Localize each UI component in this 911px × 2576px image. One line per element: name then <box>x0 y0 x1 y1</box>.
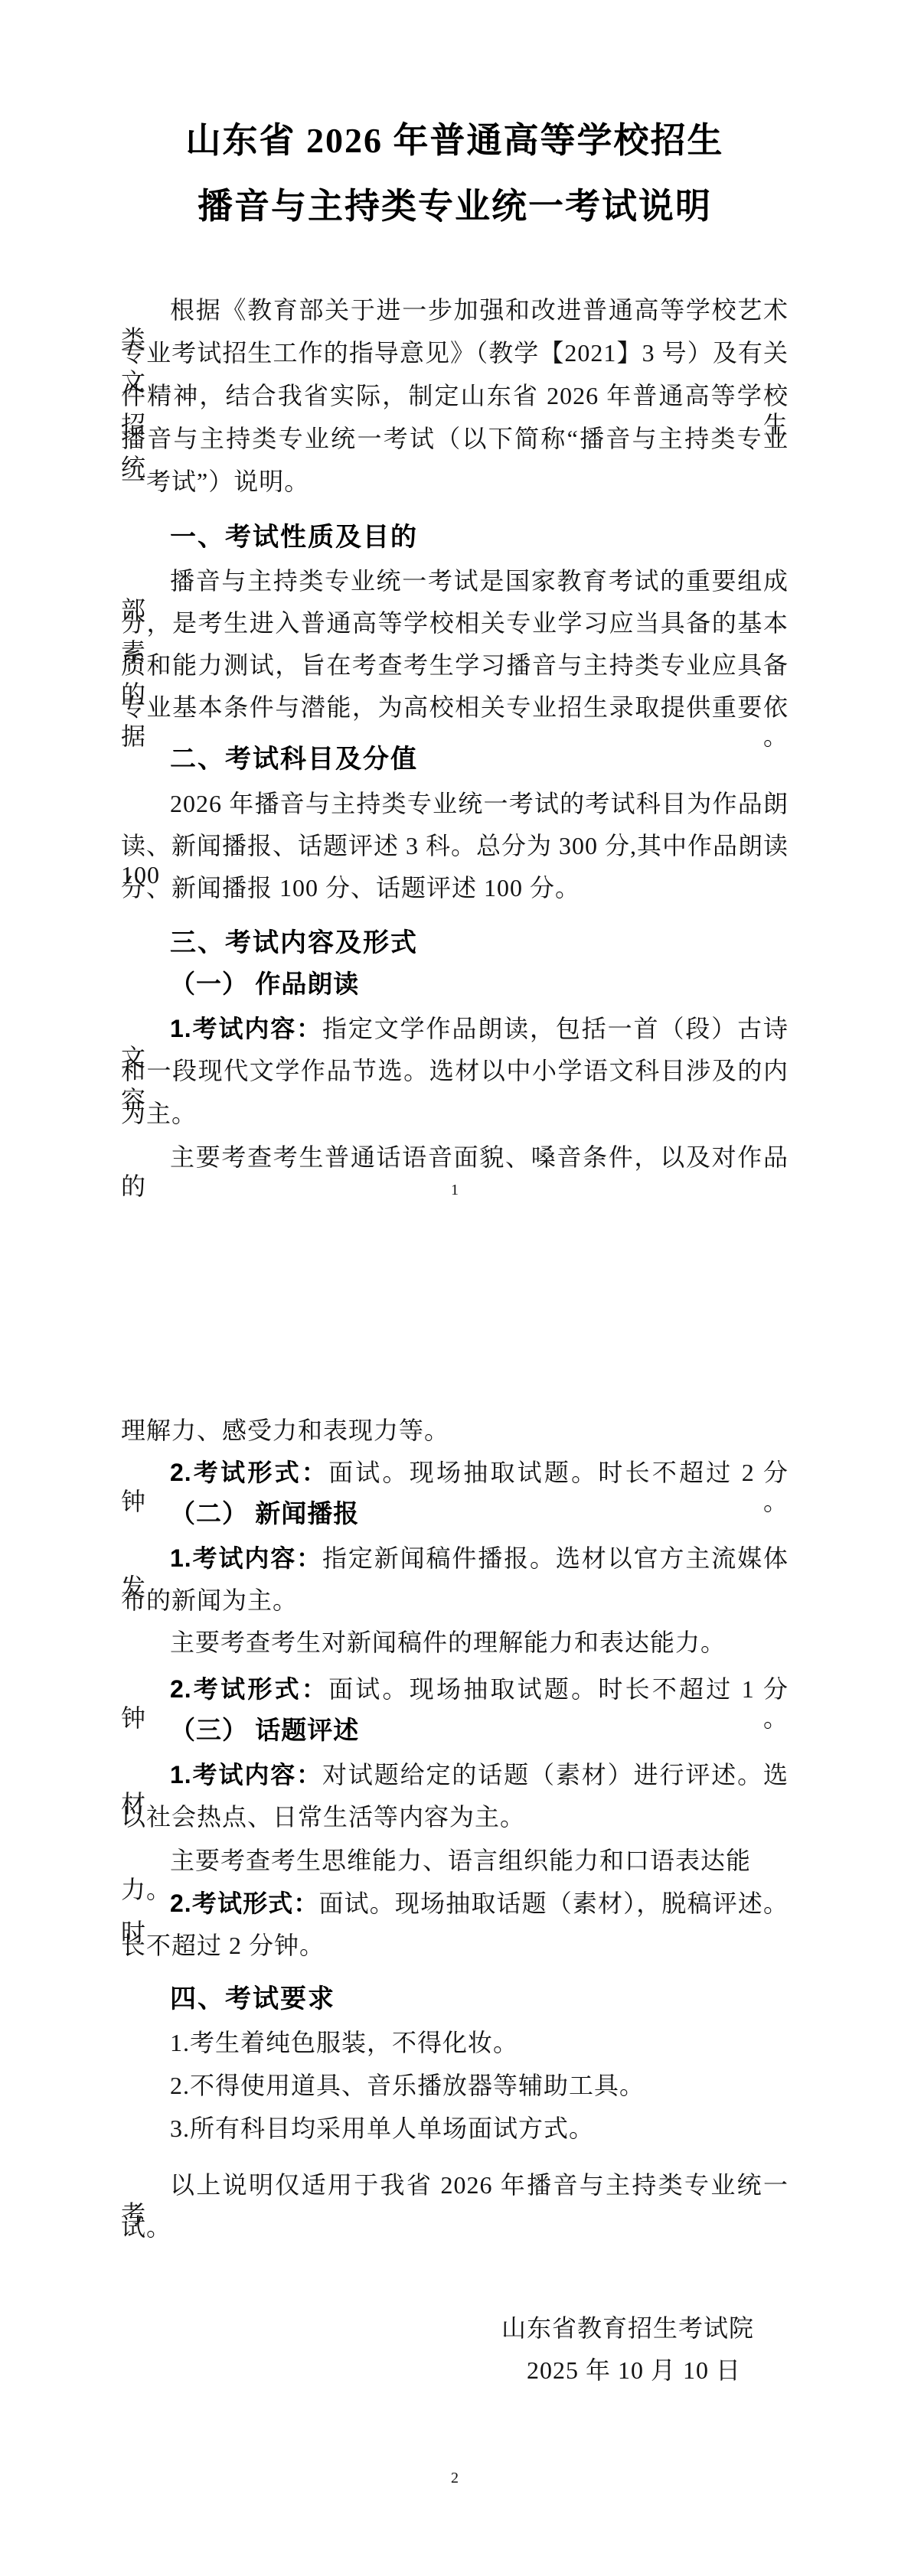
section3-part1-exam-line-2: 理解力、感受力和表现力等。 <box>121 1416 789 1445</box>
form-label: 2.考试形式： <box>170 1890 319 1917</box>
content-label: 1.考试内容： <box>170 1761 322 1789</box>
page-number-2: 2 <box>121 2469 789 2487</box>
section3-part3-heading: （三） 话题评述 <box>121 1717 789 1746</box>
section2-line-1: 2026 年播音与主持类专业统一考试的考试科目为作品朗 <box>121 789 789 818</box>
issue-date: 2025 年 10 月 10 日 <box>121 2356 789 2385</box>
section3-part2-exam-line: 主要考查考生对新闻稿件的理解能力和表达能力。 <box>121 1628 789 1657</box>
section3-part2-content-line-2: 布的新闻为主。 <box>121 1586 789 1615</box>
form-label: 2.考试形式： <box>170 1459 328 1486</box>
issuer-signature: 山东省教育招生考试院 <box>121 2314 789 2343</box>
document-canvas: 山东省 2026 年普通高等学校招生 播音与主持类专业统一考试说明 根据《教育部… <box>0 0 911 2576</box>
section2-heading: 二、考试科目及分值 <box>121 745 789 774</box>
section4-item-1: 1.考生着纯色服装，不得化妆。 <box>121 2028 789 2057</box>
section3-part1-heading: （一） 作品朗读 <box>121 970 789 999</box>
section3-heading: 三、考试内容及形式 <box>121 928 789 957</box>
section3-part1-content-line-3: 为主。 <box>121 1099 789 1128</box>
section1-heading: 一、考试性质及目的 <box>121 523 789 552</box>
page-number-1: 1 <box>121 1181 789 1199</box>
section4-item-3: 3.所有科目均采用单人单场面试方式。 <box>121 2114 789 2143</box>
section3-part3-form-line-2: 长不超过 2 分钟。 <box>121 1931 789 1960</box>
section4-item-2: 2.不得使用道具、音乐播放器等辅助工具。 <box>121 2071 789 2100</box>
document-title-line-2: 播音与主持类专业统一考试说明 <box>121 187 789 227</box>
document-title-line-1: 山东省 2026 年普通高等学校招生 <box>121 121 789 161</box>
form-label: 2.考试形式： <box>170 1675 328 1703</box>
section2-line-3: 分、新闻播报 100 分、话题评述 100 分。 <box>121 873 789 902</box>
section1-line-4: 专业基本条件与潜能，为高校相关专业招生录取提供重要依据。 <box>121 693 789 751</box>
section4-heading: 四、考试要求 <box>121 1984 789 2014</box>
content-label: 1.考试内容： <box>170 1544 322 1572</box>
section3-part2-heading: （二） 新闻播报 <box>121 1500 789 1529</box>
intro-line-5: 一考试”）说明。 <box>121 467 789 496</box>
section3-part3-content-line-2: 以社会热点、日常生活等内容为主。 <box>121 1802 789 1831</box>
closing-line-2: 试。 <box>121 2212 789 2242</box>
content-label: 1.考试内容： <box>170 1015 322 1042</box>
